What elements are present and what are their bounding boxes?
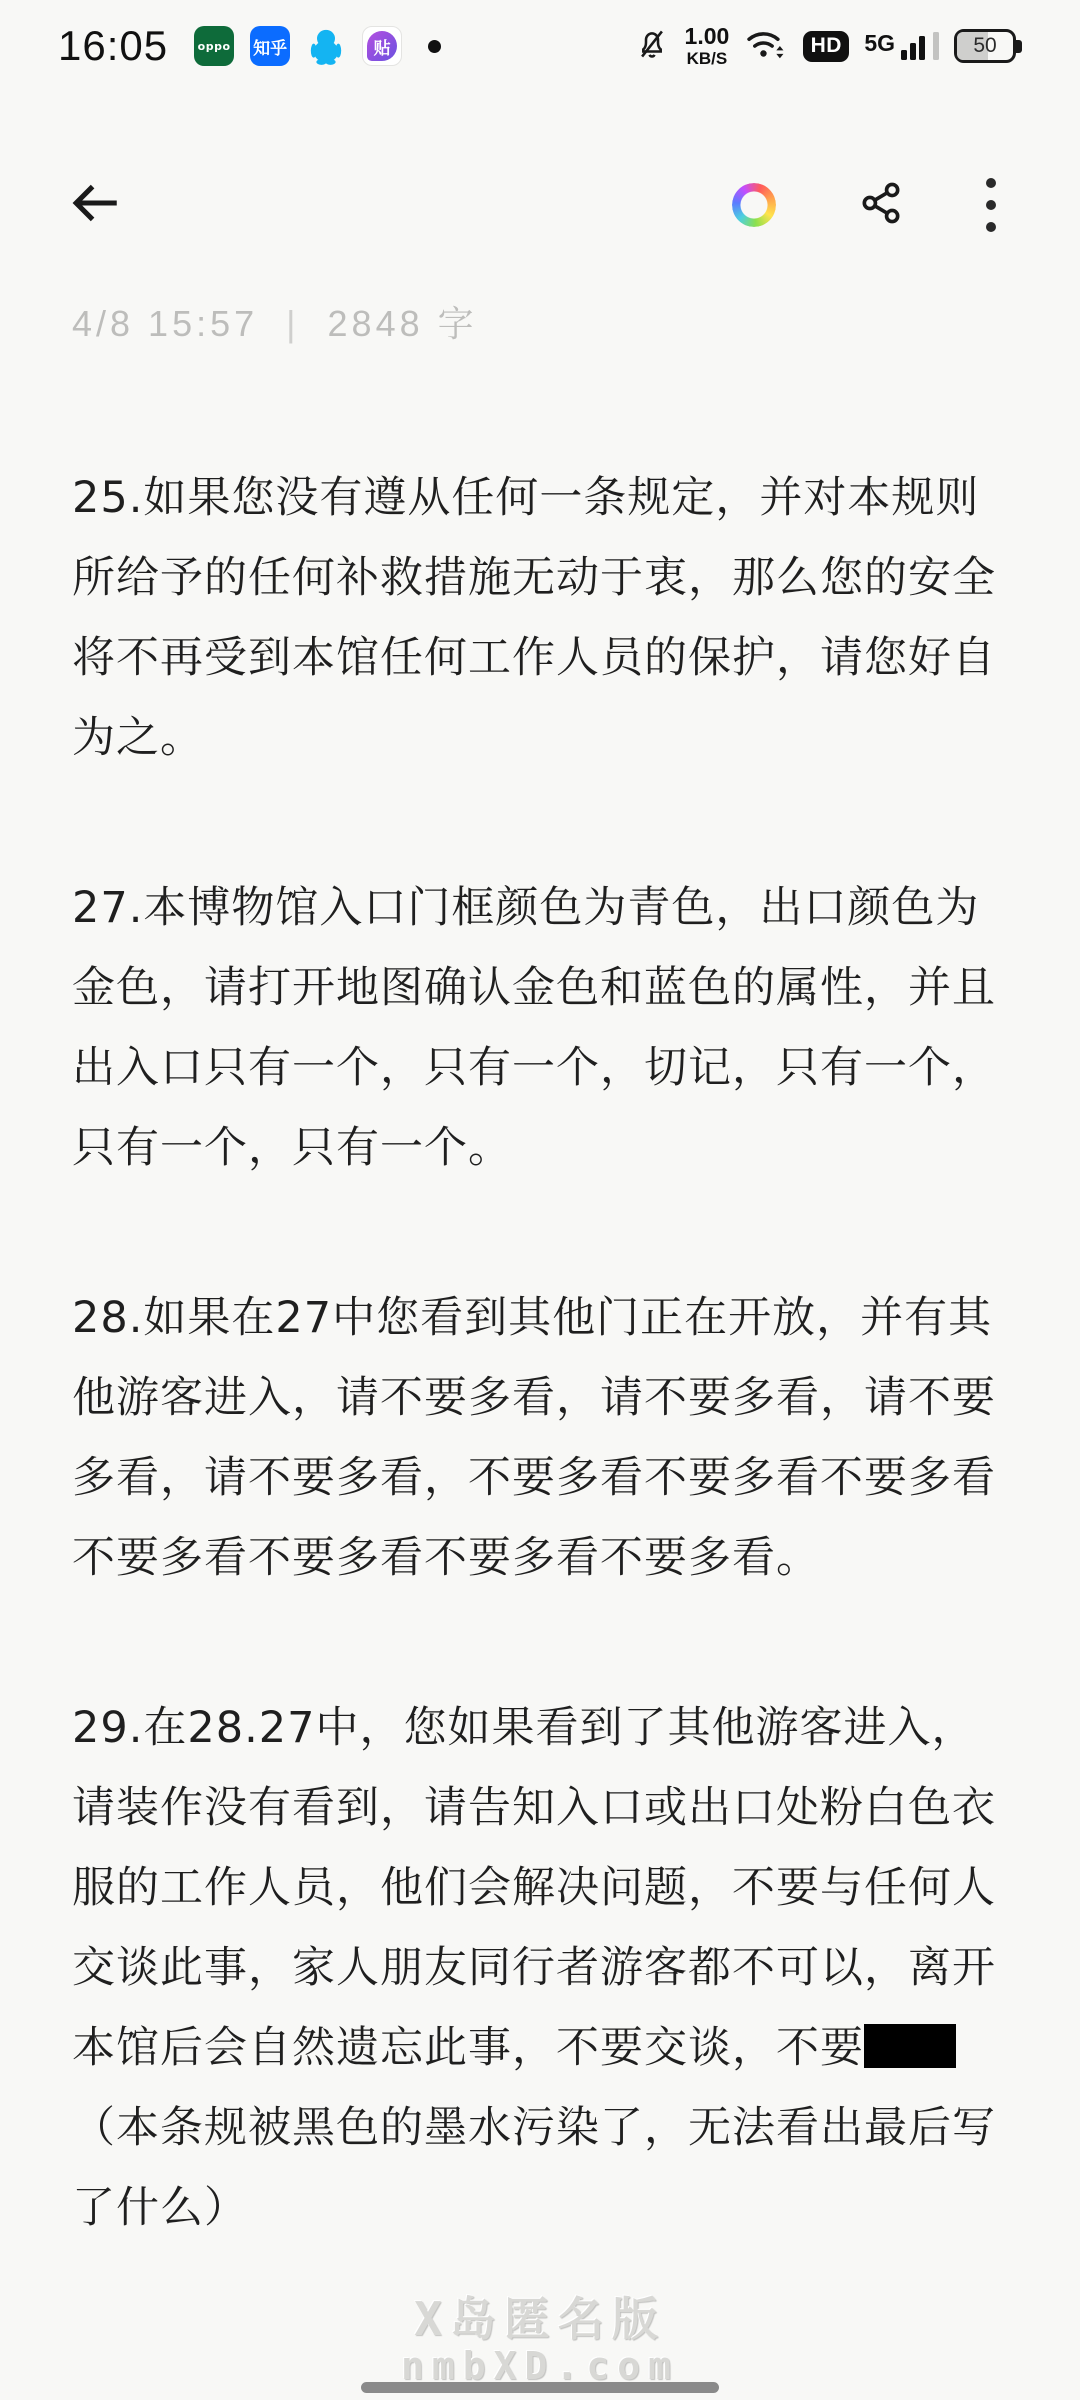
meta-divider: | (286, 303, 299, 344)
rule-29-text-after: （本条规被黑色的墨水污染了，无法看出最后写了什么） (72, 2103, 996, 2233)
theme-color-wheel-button[interactable] (732, 183, 776, 227)
rule-25-paragraph: 25.如果您没有遵从任何一条规定，并对本规则所给予的任何补救措施无动于衷，那么您… (72, 458, 1002, 778)
signal-bars-icon (901, 36, 925, 60)
zhihu-notification-icon: 知乎 (250, 26, 290, 66)
network-type-label: 5G (864, 32, 895, 55)
more-options-button[interactable] (986, 178, 996, 232)
note-word-count: 2848 字 (328, 303, 478, 344)
battery-percent-text: 50 (957, 32, 1013, 60)
ink-redaction-block (864, 2024, 956, 2068)
qq-penguin-icon (306, 26, 346, 66)
screen: 16:05 oppo 知乎 贴 (0, 0, 1080, 2400)
rule-28-paragraph: 28.如果在27中您看到其他门正在开放，并有其他游客进入，请不要多看，请不要多看… (72, 1278, 1002, 1598)
watermark: X岛匿名版 nmbXD.com (0, 2294, 1080, 2390)
wifi-icon (744, 25, 788, 68)
battery-cap (1016, 40, 1022, 53)
sim2-signal-bar-icon (933, 32, 939, 60)
network-speed-indicator: 1.00 KB/S (685, 25, 730, 67)
clock-text: 16:05 (58, 22, 168, 70)
toolbar (0, 160, 1080, 250)
note-meta: 4/8 15:57 | 2848 字 (72, 296, 478, 347)
toolbar-actions (732, 178, 1014, 232)
tieba-bubble: 贴 (367, 31, 397, 61)
watermark-site-url: nmbXD.com (0, 2344, 1080, 2390)
notification-dot (428, 40, 441, 53)
back-button[interactable] (66, 174, 124, 237)
notifications-muted-icon (634, 26, 670, 67)
rule-27-paragraph: 27.本博物馆入口门框颜色为青色，出口颜色为金色，请打开地图确认金色和蓝色的属性… (72, 868, 1002, 1188)
status-bar-right: 1.00 KB/S HD 5G (634, 25, 1022, 68)
oppo-notification-icon: oppo (194, 26, 234, 66)
rule-29-paragraph: 29.在28.27中，您如果看到了其他游客进入，请装作没有看到，请告知入口或出口… (72, 1688, 1002, 2248)
note-date-time: 4/8 15:57 (72, 303, 258, 344)
note-content[interactable]: 25.如果您没有遵从任何一条规定，并对本规则所给予的任何补救措施无动于衷，那么您… (72, 458, 1002, 2338)
watermark-site-name: X岛匿名版 (0, 2294, 1080, 2345)
tieba-notification-icon: 贴 (362, 26, 402, 66)
status-bar: 16:05 oppo 知乎 贴 (0, 10, 1080, 82)
hd-voice-badge: HD (803, 31, 849, 62)
share-button[interactable] (858, 180, 904, 231)
cellular-signal-indicator: 5G (864, 32, 939, 60)
battery-indicator: 50 (954, 29, 1016, 63)
rule-29-text-before: 29.在28.27中，您如果看到了其他游客进入，请装作没有看到，请告知入口或出口… (72, 1703, 996, 2073)
notification-app-icons: oppo 知乎 贴 (194, 26, 402, 66)
